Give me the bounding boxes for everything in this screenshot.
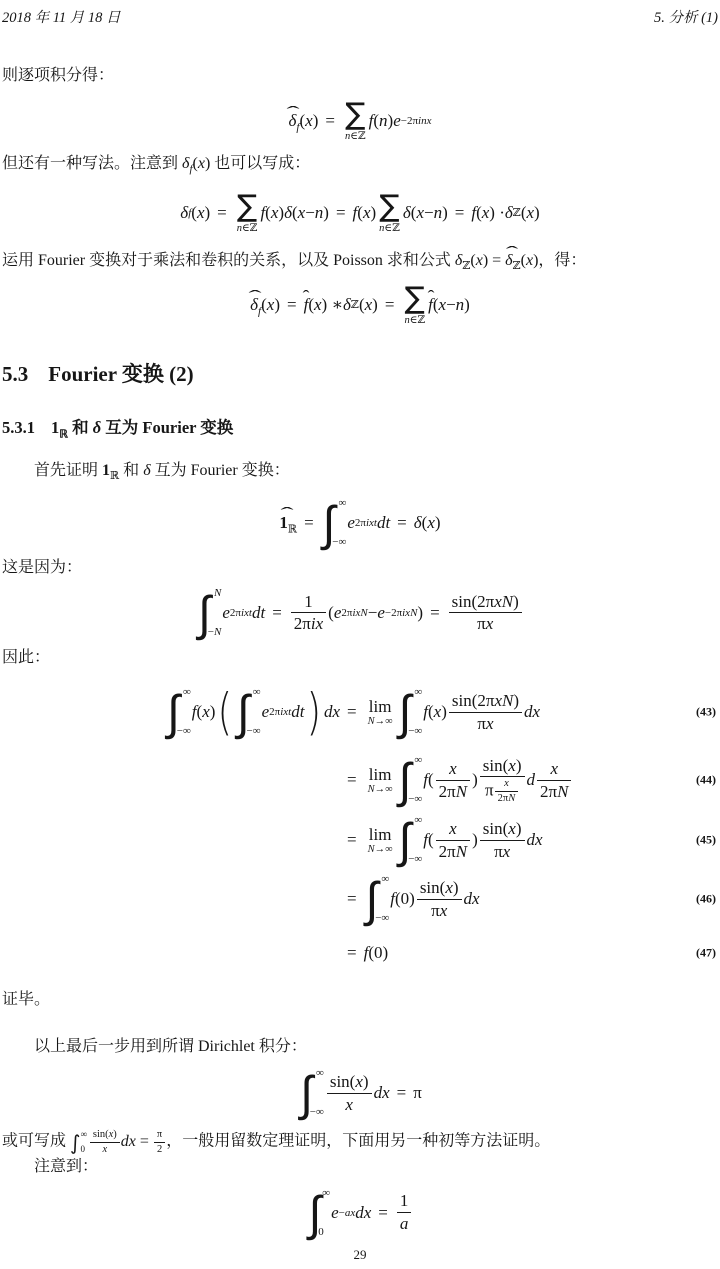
equation-46-rhs: = ∫∞−∞f(0)sin(x)πx dx <box>340 873 480 925</box>
equation-delta-f-hat-series: δf(x) = ∑n∈ℤf(n)e−2πinx <box>2 95 718 147</box>
section-title: Fourier 变换 (2) <box>48 358 193 388</box>
paragraph-first-prove: 首先证明 1ℝ 和 δ 互为 Fourier 变换： <box>2 460 718 482</box>
equation-number-45: (45) <box>696 833 716 848</box>
equation-43-rhs: = limN→∞∫∞−∞f(x)sin(2πxN)πx dx <box>340 686 540 738</box>
paragraph-dirichlet-integral: 以上最后一步用到所谓 Dirichlet 积分： <box>2 1036 718 1058</box>
aligned-equation-block: ∫∞−∞f(x)(∫∞−∞e2πixtdt)dx = limN→∞∫∞−∞f(x… <box>2 675 718 977</box>
paragraph-alternative-notation: 但还有一种写法。注意到 δf(x) 也可以写成： <box>2 153 718 175</box>
equation-row-43: ∫∞−∞f(x)(∫∞−∞e2πixtdt)dx = limN→∞∫∞−∞f(x… <box>2 675 718 749</box>
equation-47-rhs: = f(0) <box>340 943 388 963</box>
page-footer: 29 <box>0 1247 720 1263</box>
equation-convolution-form: δf(x) = f(x) ∗ δℤ(x) = ∑n∈ℤf(x − n) <box>2 278 718 332</box>
equation-row-44: = limN→∞∫∞−∞f(x2πN)sin(x)πx2πN dx2πN (44… <box>2 749 718 811</box>
subsection-number: 5.3.1 <box>2 418 35 438</box>
paragraph-fourier-poisson: 运用 Fourier 变换对于乘法和卷积的关系，以及 Poisson 求和公式 … <box>2 250 718 272</box>
header-chapter-title: 5. 分析 (1) <box>654 6 718 27</box>
page-header: 2018 年 11 月 18 日 5. 分析 (1) <box>2 6 718 27</box>
equation-delta-f-product-form: δf(x) = ∑n∈ℤf(x)δ(x − n) = f(x)∑n∈ℤδ(x −… <box>2 184 718 242</box>
equation-dirichlet-integral: ∫∞−∞sin(x)xdx = π <box>2 1062 718 1124</box>
equation-number-46: (46) <box>696 892 716 907</box>
equation-number-44: (44) <box>696 773 716 788</box>
equation-finite-integral-sinc: ∫N−Ne2πixt dt = 12πix(e2πixN − e−2πixN) … <box>2 581 718 645</box>
equation-45-rhs: = limN→∞∫∞−∞f(x2πN)sin(x)πx dx <box>340 814 543 866</box>
equation-43-lhs: ∫∞−∞f(x)(∫∞−∞e2πixtdt)dx <box>2 686 340 738</box>
paragraph-because: 这是因为： <box>2 557 718 579</box>
paragraph-alternative-dirichlet: 或可写成 ∫∞0sin(x)xdx = π2，一般用留数定理证明，下面用另一种初… <box>2 1128 718 1156</box>
paragraph-termwise-integration: 则逐项积分得： <box>2 65 718 87</box>
section-heading: 5.3 Fourier 变换 (2) <box>2 358 718 388</box>
subsection-title: 1ℝ 和 δ 互为 Fourier 变换 <box>51 414 233 438</box>
subsection-heading: 5.3.1 1ℝ 和 δ 互为 Fourier 变换 <box>2 414 718 438</box>
equation-indicator-hat-delta: 1ℝ = ∫∞−∞e2πixt dt = δ(x) <box>2 493 718 553</box>
document-page: 2018 年 11 月 18 日 5. 分析 (1) 则逐项积分得： δf(x)… <box>0 0 720 1269</box>
paragraph-therefore: 因此： <box>2 647 718 669</box>
equation-row-46: = ∫∞−∞f(0)sin(x)πx dx (46) <box>2 869 718 929</box>
equation-number-47: (47) <box>696 946 716 961</box>
equation-number-43: (43) <box>696 705 716 720</box>
paragraph-qed: 证毕。 <box>2 989 718 1011</box>
equation-44-rhs: = limN→∞∫∞−∞f(x2πN)sin(x)πx2πN dx2πN <box>340 754 573 806</box>
header-date: 2018 年 11 月 18 日 <box>2 6 121 27</box>
section-number: 5.3 <box>2 362 28 387</box>
equation-row-45: = limN→∞∫∞−∞f(x2πN)sin(x)πx dx (45) <box>2 811 718 869</box>
equation-row-47: = f(0) (47) <box>2 929 718 977</box>
equation-exponential-integral: ∫∞0e−axdx = 1a <box>2 1183 718 1243</box>
paragraph-note: 注意到： <box>2 1156 718 1178</box>
page-number: 29 <box>354 1247 367 1262</box>
